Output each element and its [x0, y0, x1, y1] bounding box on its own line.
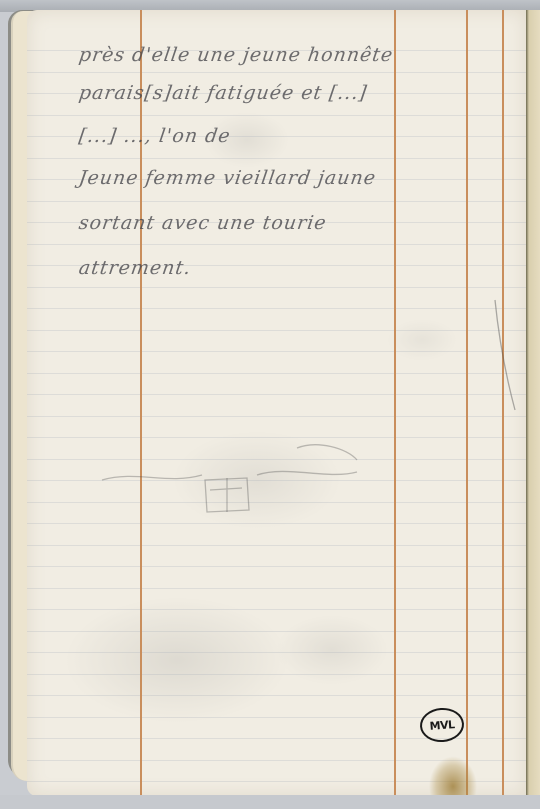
notebook-spine-next-page: [526, 10, 540, 796]
notebook-page: près d'elle une jeune honnête parais[s]a…: [27, 10, 526, 796]
handwriting-line: [...] ..., l'on de: [77, 125, 232, 147]
handwriting-line: Jeune femme vieillard jaune: [77, 167, 377, 189]
handwriting-line: parais[s]ait fatiguée et [...]: [77, 82, 368, 104]
handwriting-line: près d'elle une jeune honnête: [77, 44, 394, 66]
brown-stain: [428, 748, 478, 796]
handwriting-line: sortant avec une tourie: [77, 212, 328, 234]
handwriting-line: attrement.: [77, 257, 192, 279]
background-bottom: [0, 795, 540, 809]
